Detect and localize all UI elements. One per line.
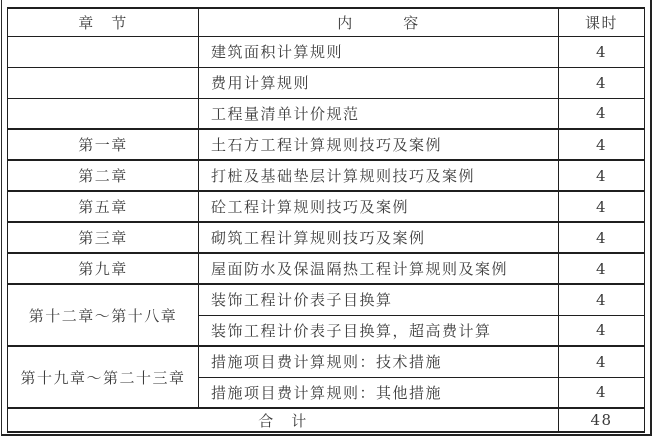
hours-cell: 4 <box>559 284 645 315</box>
content-cell: 砼工程计算规则技巧及案例 <box>199 191 559 222</box>
hours-cell: 4 <box>559 98 645 129</box>
course-syllabus-table: 章 节 内 容 课时 建筑面积计算规则 4 费用计算规则 4 工程量清单计价规范… <box>7 7 645 433</box>
header-content: 内 容 <box>199 8 559 36</box>
content-cell: 打桩及基础垫层计算规则技巧及案例 <box>199 160 559 191</box>
content-cell: 土石方工程计算规则技巧及案例 <box>199 129 559 160</box>
hours-cell: 4 <box>559 129 645 160</box>
hours-cell: 4 <box>559 36 645 67</box>
chapter-cell: 第三章 <box>8 222 199 253</box>
content-cell: 砌筑工程计算规则技巧及案例 <box>199 222 559 253</box>
content-cell: 费用计算规则 <box>199 67 559 98</box>
hours-cell: 4 <box>559 253 645 284</box>
hours-cell: 4 <box>559 346 645 377</box>
hours-cell: 4 <box>559 222 645 253</box>
header-chapter: 章 节 <box>8 8 199 36</box>
hours-cell: 4 <box>559 377 645 408</box>
content-cell: 措施项目费计算规则：其他措施 <box>199 377 559 408</box>
chapter-cell: 第二章 <box>8 160 199 191</box>
table-row: 工程量清单计价规范 4 <box>8 98 645 129</box>
hours-cell: 4 <box>559 191 645 222</box>
content-cell: 建筑面积计算规则 <box>199 36 559 67</box>
content-cell: 屋面防水及保温隔热工程计算规则及案例 <box>199 253 559 284</box>
chapter-cell: 第一章 <box>8 129 199 160</box>
chapter-cell <box>8 67 199 98</box>
table-header-row: 章 节 内 容 课时 <box>8 8 645 36</box>
table-row: 第五章 砼工程计算规则技巧及案例 4 <box>8 191 645 222</box>
content-cell: 工程量清单计价规范 <box>199 98 559 129</box>
chapter-cell <box>8 36 199 67</box>
chapter-cell: 第五章 <box>8 191 199 222</box>
content-cell: 措施项目费计算规则：技术措施 <box>199 346 559 377</box>
chapter-cell: 第九章 <box>8 253 199 284</box>
total-label-cell: 合 计 <box>8 408 559 432</box>
table-row: 费用计算规则 4 <box>8 67 645 98</box>
content-cell: 装饰工程计价表子目换算，超高费计算 <box>199 315 559 346</box>
hours-cell: 4 <box>559 160 645 191</box>
document-page: 章 节 内 容 课时 建筑面积计算规则 4 费用计算规则 4 工程量清单计价规范… <box>0 0 655 438</box>
total-row: 合 计 48 <box>8 408 645 432</box>
content-cell: 装饰工程计价表子目换算 <box>199 284 559 315</box>
table-row: 第九章 屋面防水及保温隔热工程计算规则及案例 4 <box>8 253 645 284</box>
chapter-cell: 第十九章～第二十三章 <box>8 346 199 408</box>
chapter-cell: 第十二章～第十八章 <box>8 284 199 346</box>
hours-cell: 4 <box>559 67 645 98</box>
table-row: 建筑面积计算规则 4 <box>8 36 645 67</box>
total-hours-cell: 48 <box>559 408 645 432</box>
hours-cell: 4 <box>559 315 645 346</box>
table-row: 第三章 砌筑工程计算规则技巧及案例 4 <box>8 222 645 253</box>
table-row: 第一章 土石方工程计算规则技巧及案例 4 <box>8 129 645 160</box>
table-row: 第十九章～第二十三章 措施项目费计算规则：技术措施 4 <box>8 346 645 377</box>
table-row: 第二章 打桩及基础垫层计算规则技巧及案例 4 <box>8 160 645 191</box>
chapter-cell <box>8 98 199 129</box>
table-row: 第十二章～第十八章 装饰工程计价表子目换算 4 <box>8 284 645 315</box>
header-hours: 课时 <box>559 8 645 36</box>
